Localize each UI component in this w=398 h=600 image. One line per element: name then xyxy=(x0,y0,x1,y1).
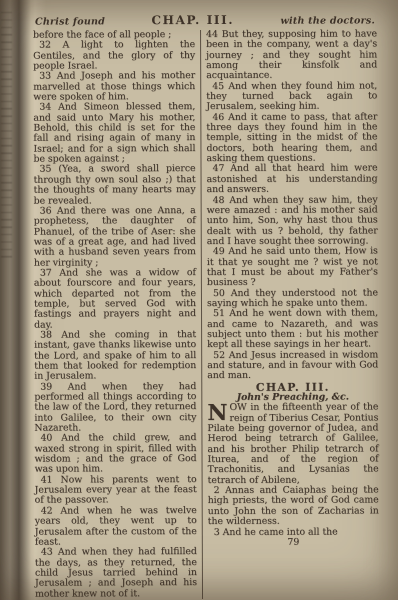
verse-39: 39 And when they had performed all thing… xyxy=(34,382,196,434)
facing-page-text-edge xyxy=(1,12,12,262)
verse-45: 45 And when they found him not, they tur… xyxy=(206,81,377,113)
verse-51: 51 And he went down with them, and came … xyxy=(207,309,378,351)
verse-37: 37 And she was a widow of about fourscor… xyxy=(34,268,196,331)
verse-32: 32 A light to lighten the Gentiles, and … xyxy=(33,40,195,72)
drop-cap: N xyxy=(207,403,229,422)
text-columns: before the face of all people ; 32 A lig… xyxy=(33,29,379,599)
running-head-right: with the doctors. xyxy=(280,15,375,26)
verse-34: 34 And Simeon blessed them, and said unt… xyxy=(33,102,195,165)
verse-ch3-1: NOW in the fifteenth year of the reign o… xyxy=(207,403,378,486)
verse-42: 42 And when he was twelve years old, the… xyxy=(35,506,197,548)
verse-50: 50 And they understood not the saying wh… xyxy=(207,288,378,309)
right-column: 44 But they, supposing him to have been … xyxy=(200,29,379,599)
verse-49: 49 And he said unto them, How is it that… xyxy=(207,247,378,289)
verse-ch3-1-text: OW in the fifteenth year of the reign of… xyxy=(207,402,378,486)
verse-44: 44 But they, supposing him to have been … xyxy=(206,29,377,81)
running-header: Christ found CHAP. III. with the doctors… xyxy=(35,12,375,27)
left-column: before the face of all people ; 32 A lig… xyxy=(33,30,202,599)
running-head-left: Christ found xyxy=(35,16,105,27)
verse-38: 38 And she coming in that instant, gave … xyxy=(34,330,196,382)
verse-48: 48 And when they saw him, they were amaz… xyxy=(207,195,378,247)
verse-46: 46 And it came to pass, that after three… xyxy=(206,112,377,164)
scanned-bible-page: Christ found CHAP. III. with the doctors… xyxy=(0,0,398,600)
verse-40: 40 And the child grew, and waxed strong … xyxy=(34,433,196,475)
verse-36: 36 And there was one Anna, a prophetess,… xyxy=(34,206,196,269)
verse-43: 43 And when they had fulfilled the days,… xyxy=(35,547,197,599)
chapter-title-header: CHAP. III. xyxy=(151,13,234,27)
verse-35: 35 (Yea, a sword shall pierce through th… xyxy=(34,165,196,207)
verse-ch3-2: 2 Annas and Caiaphas being the high prie… xyxy=(208,486,379,528)
verse-47: 47 And all that heard him were astonishe… xyxy=(207,164,378,196)
verse-41: 41 Now his parents went to Jerusalem eve… xyxy=(35,475,197,507)
verse-52: 52 And Jesus increased in wisdom and sta… xyxy=(207,350,378,382)
page-content: Christ found CHAP. III. with the doctors… xyxy=(33,12,379,599)
verse-33: 33 And Joseph and his mother marvelled a… xyxy=(33,71,195,103)
page-number: 79 xyxy=(208,537,379,548)
